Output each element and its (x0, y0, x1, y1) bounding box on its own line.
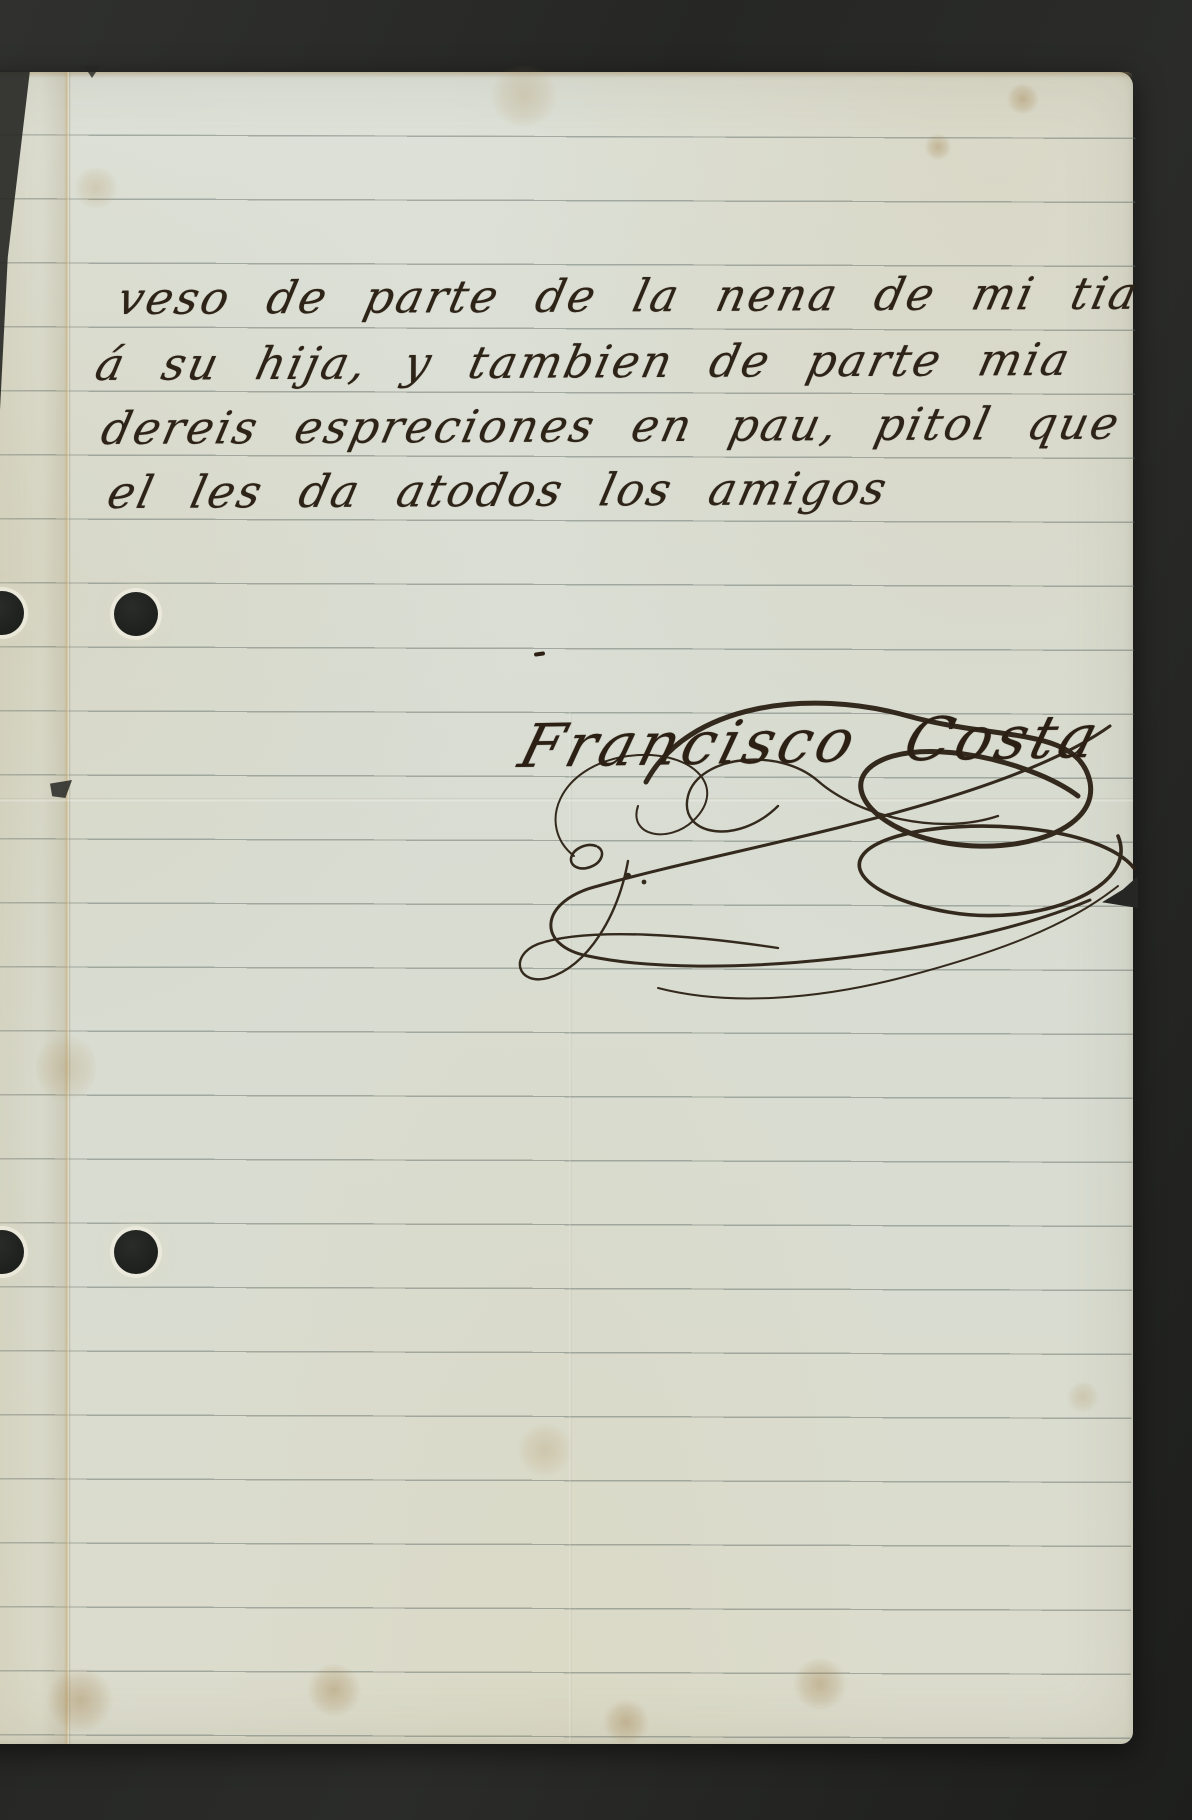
stain (1066, 1382, 1100, 1412)
handwritten-line: el les da atodos los amigos (102, 460, 894, 522)
scanned-letter-page: veso de parte de la nena de mi tia á su … (0, 0, 1192, 1820)
punch-hole (114, 1230, 158, 1274)
stain (516, 1424, 574, 1476)
stain (602, 1700, 650, 1744)
fold-crease-vertical (64, 72, 71, 1744)
folded-left-strip (0, 72, 68, 1744)
paper-top-edge (0, 72, 1133, 78)
handwritten-line: veso de parte de la nena de mi tia (112, 265, 1145, 328)
stain (72, 168, 120, 208)
stain (1006, 84, 1040, 114)
handwritten-line: á su hija, y tambien de parte mia (90, 331, 1077, 394)
signature-rubric (478, 686, 1148, 1016)
handwritten-line: dereis espreciones en pau, pitol que (96, 395, 1127, 458)
stain (924, 134, 952, 160)
punch-hole (114, 592, 158, 636)
stain (792, 1658, 848, 1710)
stain (306, 1664, 362, 1716)
